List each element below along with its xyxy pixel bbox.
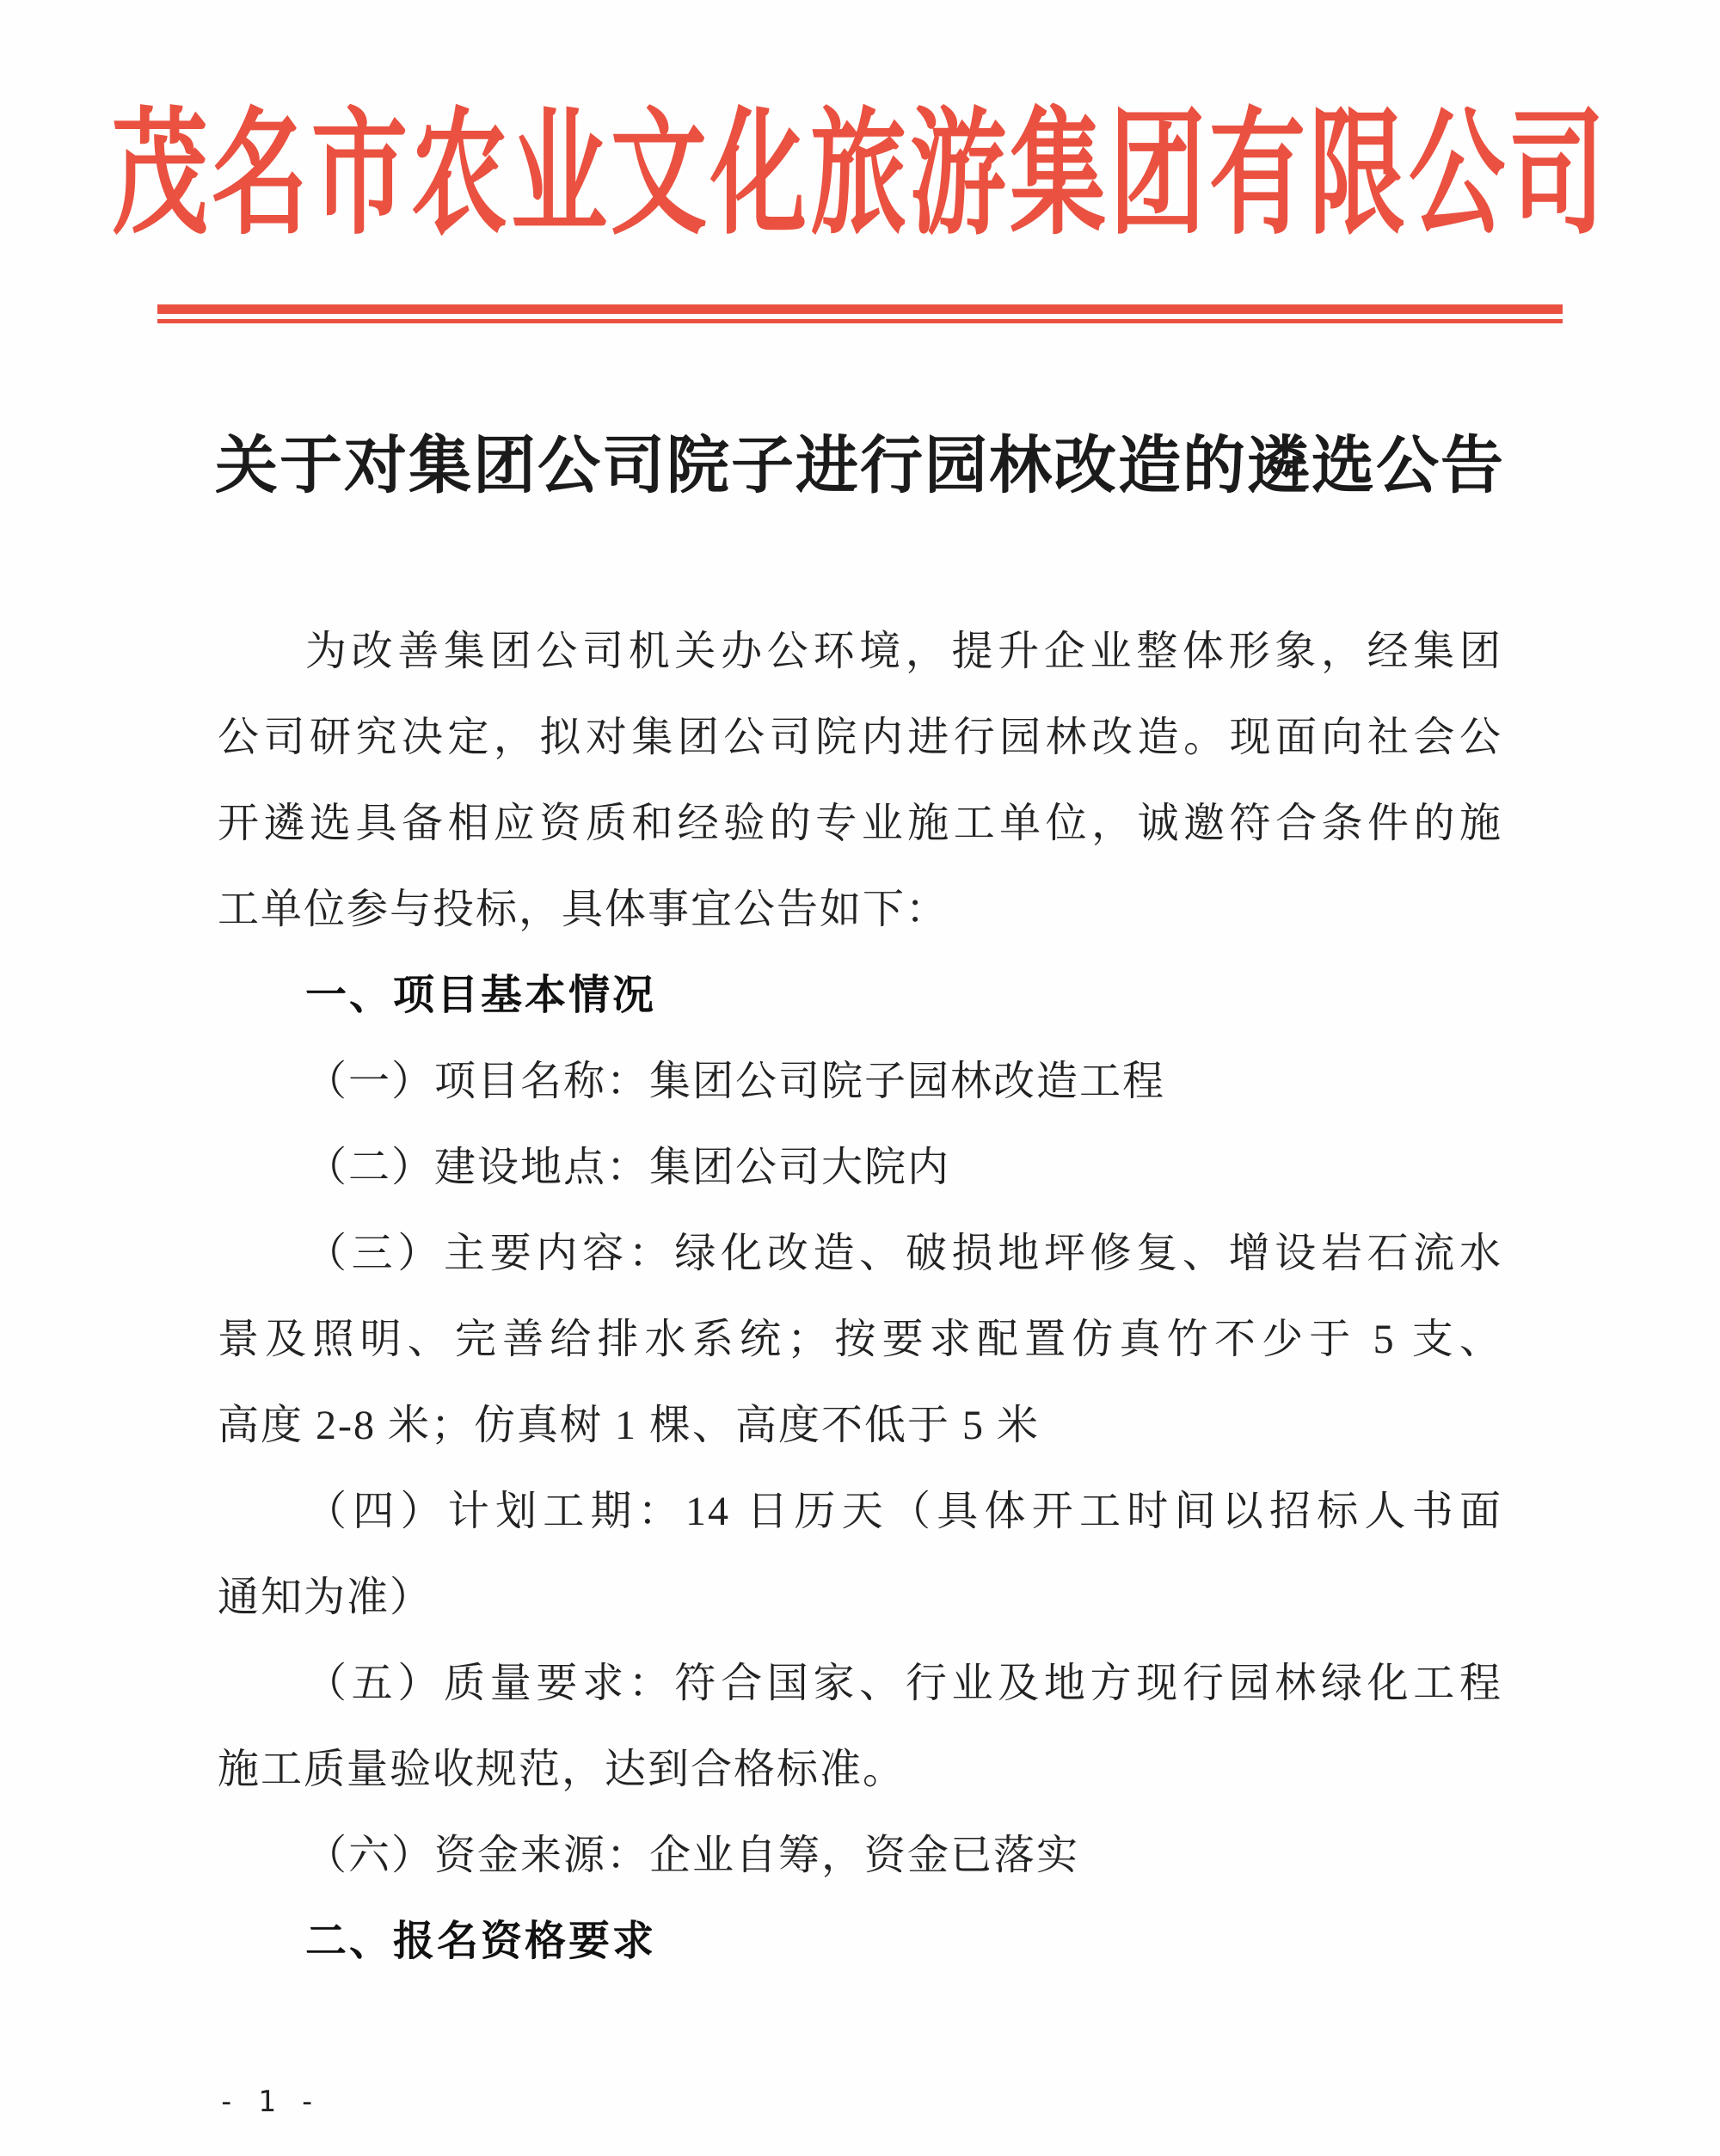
document-body: 为改善集团公司机关办公环境，提升企业整体形象，经集团公司研究决定，拟对集团公司院… — [218, 609, 1502, 1985]
body-text-line: 景及照明、完善给排水系统；按要求配置仿真竹不少于 5 支、 — [218, 1297, 1502, 1383]
body-text-line: 施工质量验收规范，达到合格标准。 — [218, 1727, 1502, 1813]
section-heading-line: 二、报名资格要求 — [218, 1899, 1502, 1985]
body-text-line: 开遴选具备相应资质和经验的专业施工单位，诚邀符合条件的施 — [218, 781, 1502, 867]
letterhead-company-name: 茂名市农业文化旅游集团有限公司 — [0, 105, 1720, 249]
section-heading-line: 一、项目基本情况 — [218, 953, 1502, 1039]
body-text-line: （六）资金来源：企业自筹，资金已落实 — [218, 1813, 1502, 1899]
body-text-line: （五）质量要求：符合国家、行业及地方现行园林绿化工程 — [218, 1641, 1502, 1727]
body-text-line: （一）项目名称：集团公司院子园林改造工程 — [218, 1039, 1502, 1125]
document-title: 关于对集团公司院子进行园林改造的遴选公告 — [0, 432, 1720, 501]
letterhead-rule-thick — [157, 304, 1563, 314]
body-text-line: 工单位参与投标，具体事宜公告如下： — [218, 867, 1502, 953]
page-number: - 1 - — [218, 2085, 318, 2119]
body-text-line: （三）主要内容：绿化改造、破损地坪修复、增设岩石流水 — [218, 1211, 1502, 1297]
body-text-line: 高度 2-8 米；仿真树 1 棵、高度不低于 5 米 — [218, 1383, 1502, 1469]
body-text-line: 通知为准） — [218, 1555, 1502, 1641]
body-text-line: （四）计划工期：14 日历天（具体开工时间以招标人书面 — [218, 1469, 1502, 1555]
body-text-line: 为改善集团公司机关办公环境，提升企业整体形象，经集团 — [218, 609, 1502, 695]
letterhead-rule-thin — [157, 319, 1563, 323]
body-text-line: 公司研究决定，拟对集团公司院内进行园林改造。现面向社会公 — [218, 695, 1502, 781]
body-text-line: （二）建设地点：集团公司大院内 — [218, 1125, 1502, 1211]
document-page: 茂名市农业文化旅游集团有限公司 关于对集团公司院子进行园林改造的遴选公告 为改善… — [0, 0, 1720, 2156]
